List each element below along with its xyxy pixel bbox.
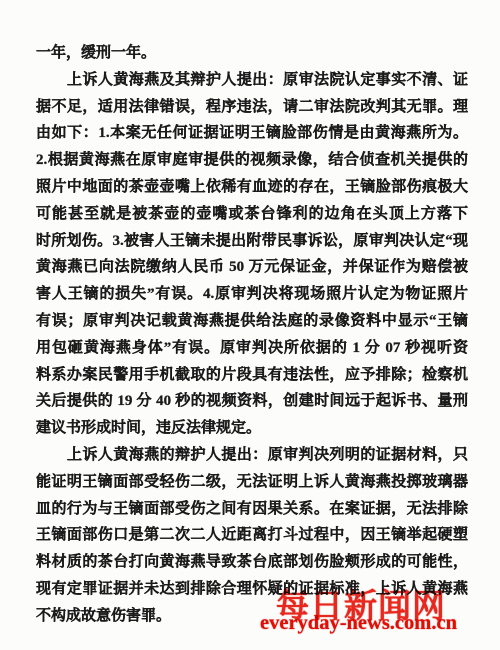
text-line: 用包砸黄海燕身体”有误。原审判决所依据的 1 分 07 秒视听资 [36, 335, 468, 362]
text-line: 可能甚至就是被茶壶的壶嘴或茶台锋利的边角在头顶上方落下 [36, 201, 468, 228]
text-line: 黄海燕已向法院缴纳人民币 50 万元保证金，并保证作为赔偿被 [36, 254, 468, 281]
text-line: 能证明王镝面部受轻伤二级，无法证明上诉人黄海燕投掷玻璃器 [36, 469, 468, 496]
text-line: 关后提供的 19 分 40 秒的视频资料，创建时间远于起诉书、量刑 [36, 388, 468, 415]
text-line: 据不足，适用法律错误，程序违法，请二审法院改判其无罪。理 [36, 94, 468, 121]
text-line: 王镝面部伤口是第二次二人近距离打斗过程中，因王镝举起硬塑 [36, 522, 468, 549]
text-line: 一年，缓刑一年。 [36, 40, 468, 67]
text-line: 不构成故意伤害罪。 [36, 603, 468, 630]
text-line: 建议书形成时间，违反法律规定。 [36, 415, 468, 442]
text-line: 由如下：1.本案无任何证据证明王镝脸部伤情是由黄海燕所为。 [36, 120, 468, 147]
text-line: 照片中地面的茶壶壶嘴上依稀有血迹的存在，王镝脸部伤痕极大 [36, 174, 468, 201]
text-line: 皿的行为与王镝面部受伤之间有因果关系。在案证据，无法排除 [36, 496, 468, 523]
text-line: 料系办案民警用手机截取的片段具有违法性，应予排除；检察机 [36, 362, 468, 389]
text-line: 时所划伤。3.被害人王镝未提出附带民事诉讼，原审判决认定“现 [36, 228, 468, 255]
document-page: 一年，缓刑一年。上诉人黄海燕及其辩护人提出：原审法院认定事实不清、证据不足，适用… [0, 0, 500, 650]
text-line: 害人王镝的损失”有误。4.原审判决将现场照片认定为物证照片 [36, 281, 468, 308]
document-body: 一年，缓刑一年。上诉人黄海燕及其辩护人提出：原审法院认定事实不清、证据不足，适用… [36, 40, 468, 630]
text-line: 料材质的茶台打向黄海燕导致茶台底部划伤脸颊形成的可能性， [36, 549, 468, 576]
text-line: 上诉人黄海燕及其辩护人提出：原审法院认定事实不清、证 [36, 67, 468, 94]
text-line: 现有定罪证据并未达到排除合理怀疑的证据标准，上诉人黄海燕 [36, 576, 468, 603]
text-line: 有误；原审判决记载黄海燕提供给法庭的录像资料中显示“王镝 [36, 308, 468, 335]
text-line: 上诉人黄海燕的辩护人提出：原审判决列明的证据材料，只 [36, 442, 468, 469]
text-line: 2.根据黄海燕在原审庭审提供的视频录像，结合侦查机关提供的 [36, 147, 468, 174]
